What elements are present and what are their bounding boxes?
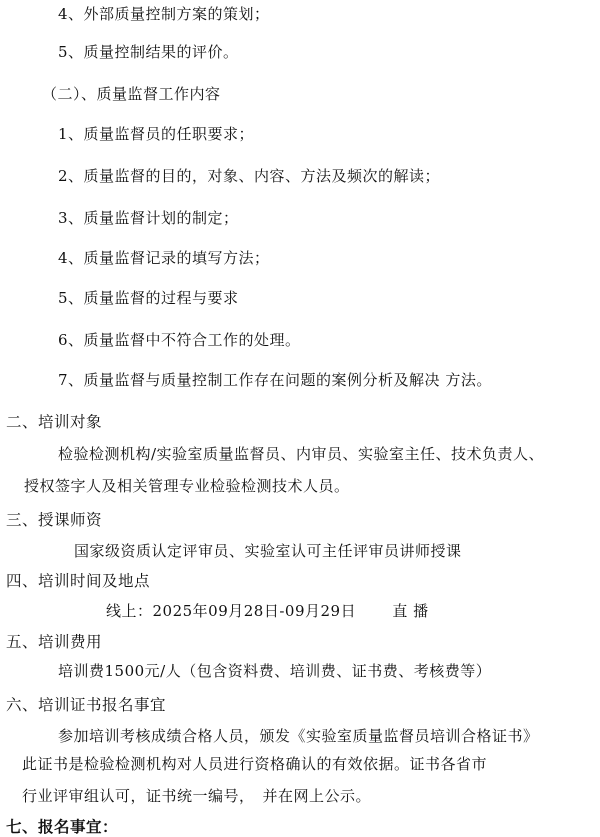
list-item: 1、质量监督员的任职要求； <box>58 124 254 144</box>
subsection-heading: （二）、质量监督工作内容 <box>42 84 221 104</box>
list-item: 2、质量监督的目的，对象、内容、方法及频次的解读； <box>58 166 440 186</box>
paragraph-line: 参加培训考核成绩合格人员，颁发《实验室质量监督员培训合格证书》 <box>58 726 539 746</box>
list-item: 5、质量控制结果的评价。 <box>58 42 239 62</box>
section-heading-2: 二、培训对象 <box>6 412 102 432</box>
list-item: 3、质量监督计划的制定； <box>58 208 239 228</box>
section-heading-6: 六、培训证书报名事宜 <box>6 695 166 715</box>
paragraph-line: 此证书是检验检测机构对人员进行资格确认的有效依据。证书各省市 <box>22 754 487 774</box>
paragraph-line: 培训费1500元/人（包含资料费、培训费、证书费、考核费等） <box>58 661 491 681</box>
paragraph-line: 授权签字人及相关管理专业检验检测技术人员。 <box>24 476 350 496</box>
list-item: 7、质量监督与质量控制工作存在问题的案例分析及解决 方法。 <box>58 370 492 390</box>
section-heading-3: 三、授课师资 <box>6 510 102 530</box>
list-item: 4、质量监督记录的填写方法； <box>58 248 270 268</box>
list-item: 6、质量监督中不符合工作的处理。 <box>58 330 301 350</box>
section-heading-5: 五、培训费用 <box>6 632 102 652</box>
paragraph-line: 线上：2025年09月28日-09月29日 直 播 <box>106 601 429 621</box>
paragraph-line: 国家级资质认定评审员、实验室认可主任评审员讲师授课 <box>74 541 462 561</box>
section-heading-7: 七、报名事宜： <box>6 817 118 837</box>
paragraph-line: 检验检测机构/实验室质量监督员、内审员、实验室主任、技术负责人、 <box>58 444 544 464</box>
section-heading-4: 四、培训时间及地点 <box>6 571 150 591</box>
list-item: 4、外部质量控制方案的策划； <box>58 4 270 24</box>
paragraph-line: 行业评审组认可，证书统一编号， 并在网上公示。 <box>22 786 371 806</box>
list-item: 5、质量监督的过程与要求 <box>58 288 239 308</box>
